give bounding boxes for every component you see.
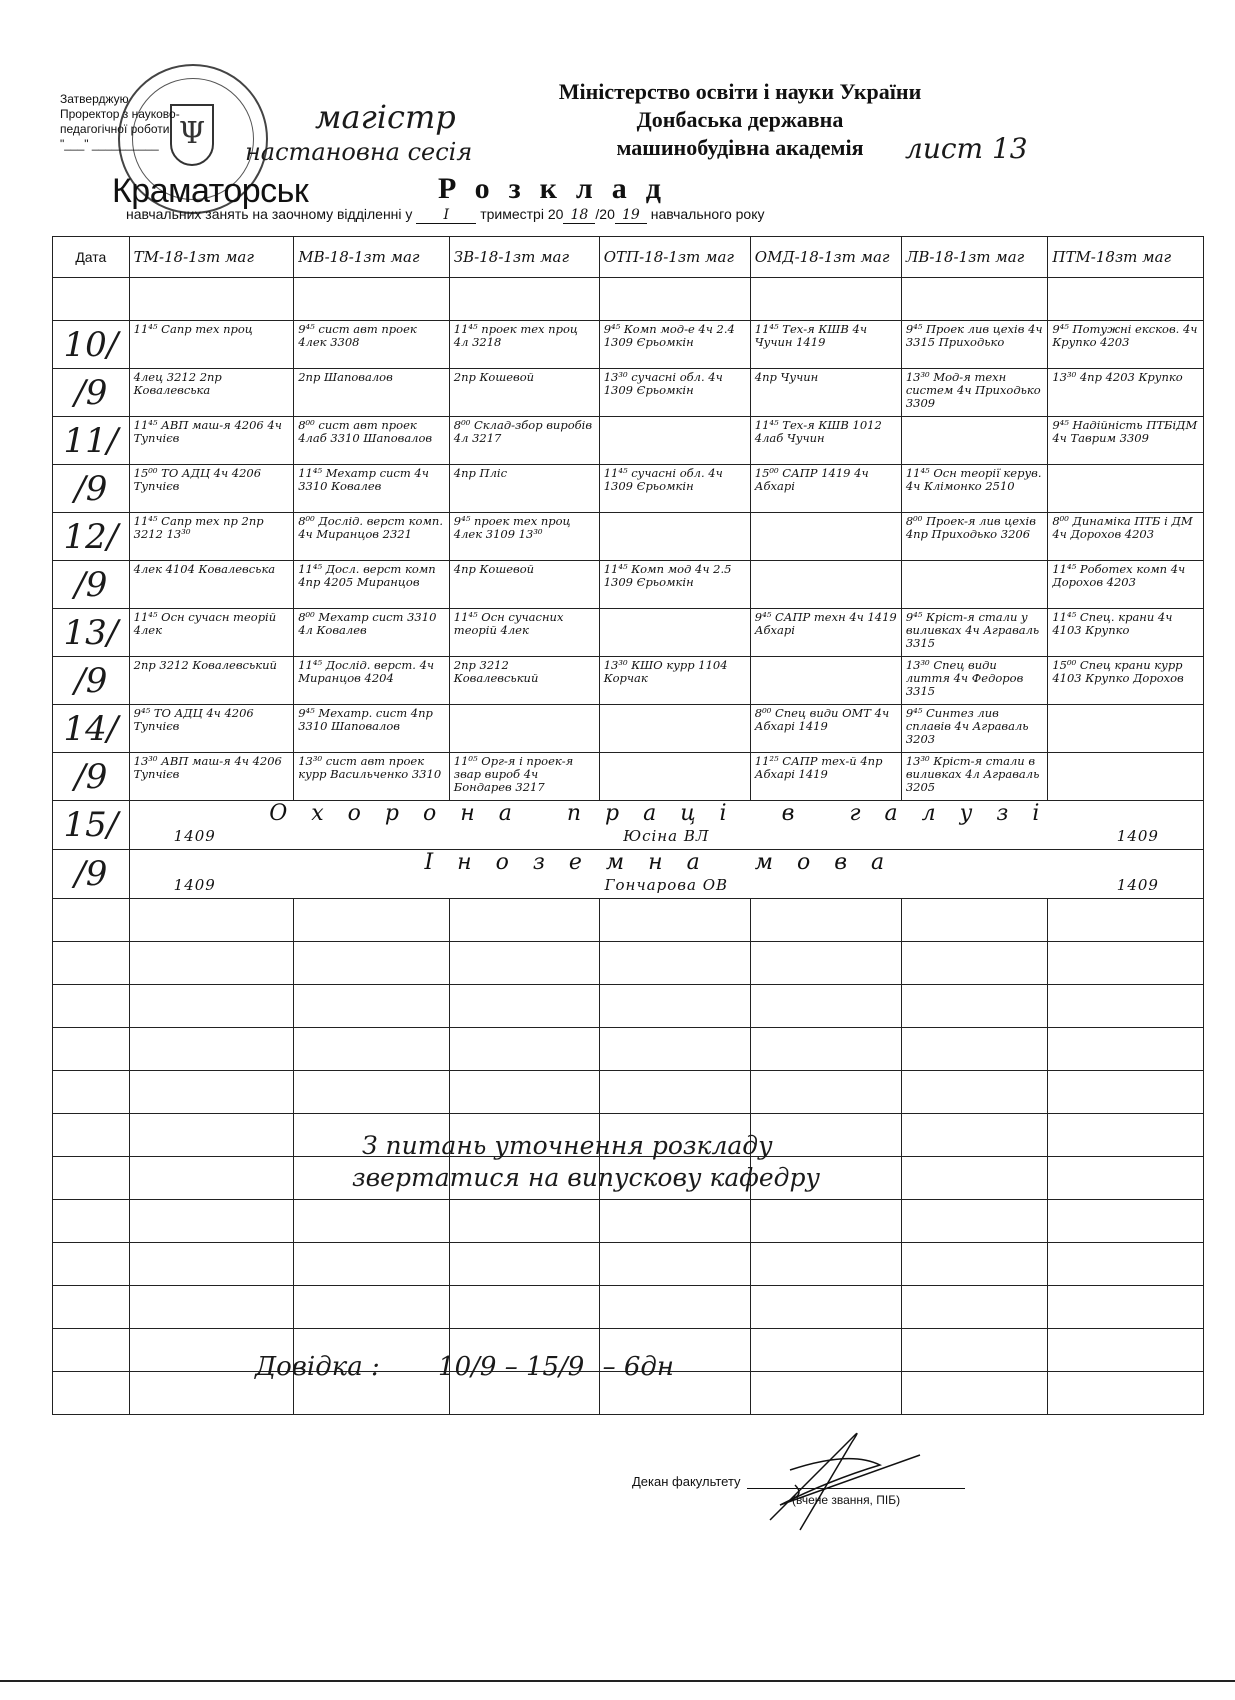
- empty-cell: [129, 985, 294, 1028]
- class-cell: 11⁴⁵ Дослід. верст. 4ч Миранцов 4204: [294, 657, 450, 705]
- class-cell: 11⁰⁵ Орг-я і проек-я звар вироб 4ч Бонда…: [449, 753, 599, 801]
- class-cell: [599, 753, 750, 801]
- date-cell: 11/: [53, 417, 130, 465]
- empty-cell: [750, 1372, 901, 1415]
- class-cell: [599, 417, 750, 465]
- class-cell: 4пр Кошевой: [449, 561, 599, 609]
- note-line: З питань уточнення розкладу: [352, 1130, 820, 1162]
- empty-cell: [294, 1028, 450, 1071]
- group-header: ЛВ-18-1зт маг: [901, 237, 1048, 278]
- table-row: [53, 1286, 1204, 1329]
- room-left: 1409: [174, 825, 216, 847]
- empty-cell: [129, 1114, 294, 1157]
- class-cell: 11⁴⁵ Комп мод 4ч 2.5 1309 Єрьомкін: [599, 561, 750, 609]
- class-cell: 11⁴⁵ Осн теорії керув. 4ч Клімонко 2510: [901, 465, 1048, 513]
- room-left: 1409: [174, 874, 216, 896]
- empty-cell: [294, 899, 450, 942]
- class-cell: 9⁴⁵ Комп мод-е 4ч 2.4 1309 Єрьомкін: [599, 321, 750, 369]
- class-cell: [750, 513, 901, 561]
- empty-cell: [901, 1329, 1048, 1372]
- empty-cell: [599, 1028, 750, 1071]
- empty-cell: [599, 278, 750, 321]
- empty-cell: [53, 1114, 130, 1157]
- empty-cell: [599, 942, 750, 985]
- empty-cell: [53, 899, 130, 942]
- table-row: 15/Охорона праці в галузі1409Юсіна ВЛ140…: [53, 801, 1204, 850]
- class-cell: 13³⁰ АВП маш-я 4ч 4206 Тупчієв: [129, 753, 294, 801]
- signature-scribble: [760, 1430, 960, 1540]
- empty-cell: [53, 278, 130, 321]
- table-row: 10/11⁴⁵ Сапр тех проц9⁴⁵ сист авт проек …: [53, 321, 1204, 369]
- empty-cell: [901, 1372, 1048, 1415]
- table-row: /94лец 3212 2пр Ковалевська2пр Шаповалов…: [53, 369, 1204, 417]
- class-cell: 8⁰⁰ Мехатр сист 3310 4л Ковалев: [294, 609, 450, 657]
- table-row: [53, 1028, 1204, 1071]
- empty-cell: [294, 1286, 450, 1329]
- empty-cell: [901, 899, 1048, 942]
- class-cell: 8⁰⁰ Дослід. верст комп. 4ч Миранцов 2321: [294, 513, 450, 561]
- schedule-table: Дата ТМ-18-1зт маг МВ-18-1зт маг ЗВ-18-1…: [52, 236, 1204, 1415]
- class-cell: 13³⁰ КШО курр 1104 Корчак: [599, 657, 750, 705]
- note-line: звертатися на випускову кафедру: [352, 1162, 820, 1194]
- class-cell: 2пр Шаповалов: [294, 369, 450, 417]
- empty-cell: [901, 1243, 1048, 1286]
- empty-cell: [901, 1071, 1048, 1114]
- ministry-line: Донбаська державна: [540, 106, 940, 134]
- class-cell: 11⁴⁵ сучасні обл. 4ч 1309 Єрьомкін: [599, 465, 750, 513]
- class-cell: 11⁴⁵ Осн сучасн теорій 4лек: [129, 609, 294, 657]
- subtitle-sep: /20: [595, 206, 614, 222]
- empty-cell: [901, 985, 1048, 1028]
- ministry-header: Міністерство освіти і науки України Донб…: [540, 78, 940, 162]
- empty-cell: [1048, 1028, 1204, 1071]
- class-cell: 13³⁰ Мод-я техн систем 4ч Приходько 3309: [901, 369, 1048, 417]
- empty-cell: [53, 1200, 130, 1243]
- empty-cell: [129, 942, 294, 985]
- class-cell: 9⁴⁵ Кріст-я стали у виливках 4ч Аграваль…: [901, 609, 1048, 657]
- empty-cell: [599, 985, 750, 1028]
- group-header: ОМД-18-1зт маг: [750, 237, 901, 278]
- class-cell: 8⁰⁰ Проек-я лив цехів 4пр Приходько 3206: [901, 513, 1048, 561]
- date-cell: 15/: [53, 801, 130, 850]
- class-cell: [1048, 753, 1204, 801]
- document-title: Розклад: [438, 172, 680, 206]
- class-cell: 11⁴⁵ проек тех проц 4л 3218: [449, 321, 599, 369]
- empty-cell: [599, 1200, 750, 1243]
- table-row: /92пр 3212 Ковалевський11⁴⁵ Дослід. верс…: [53, 657, 1204, 705]
- empty-cell: [750, 899, 901, 942]
- empty-cell: [1048, 1157, 1204, 1200]
- empty-cell: [901, 942, 1048, 985]
- empty-cell: [449, 1243, 599, 1286]
- page-bottom-rule: [0, 1680, 1235, 1682]
- ministry-line: машинобудівна академія: [540, 134, 940, 162]
- empty-cell: [901, 278, 1048, 321]
- table-row: [53, 1071, 1204, 1114]
- empty-cell: [750, 1071, 901, 1114]
- table-row: 11/11⁴⁵ АВП маш-я 4206 4ч Тупчієв8⁰⁰ сис…: [53, 417, 1204, 465]
- empty-cell: [599, 1286, 750, 1329]
- empty-cell: [1048, 1329, 1204, 1372]
- group-header: ПТМ-18зт маг: [1048, 237, 1204, 278]
- empty-cell: [294, 278, 450, 321]
- empty-cell: [53, 1286, 130, 1329]
- empty-cell: [750, 1286, 901, 1329]
- approval-line: Затверджую: [60, 92, 180, 107]
- empty-cell: [129, 1200, 294, 1243]
- class-cell: 4пр Чучин: [750, 369, 901, 417]
- empty-cell: [599, 899, 750, 942]
- empty-cell: [1048, 1071, 1204, 1114]
- class-cell: [599, 705, 750, 753]
- empty-cell: [53, 942, 130, 985]
- table-row: [53, 899, 1204, 942]
- class-cell: 9⁴⁵ Синтез лив сплавів 4ч Аграваль 3203: [901, 705, 1048, 753]
- empty-cell: [53, 1243, 130, 1286]
- class-cell: 11⁴⁵ Тех-я КШВ 4ч Чучин 1419: [750, 321, 901, 369]
- dean-label: Декан факультету: [632, 1474, 741, 1489]
- reference-note: Довідка : 10/9 – 15/9 – 6дн: [255, 1352, 674, 1382]
- empty-cell: [449, 1200, 599, 1243]
- class-cell: [901, 561, 1048, 609]
- empty-cell: [449, 1028, 599, 1071]
- class-cell: 15⁰⁰ Спец крани курр 4103 Крупко Дорохов: [1048, 657, 1204, 705]
- year-start: 18: [563, 207, 595, 224]
- contact-note: З питань уточнення розкладу звертатися н…: [352, 1130, 820, 1194]
- empty-cell: [129, 1071, 294, 1114]
- class-cell: 2пр 3212 Ковалевський: [129, 657, 294, 705]
- room-right: 1409: [1117, 874, 1159, 896]
- table-row: /9Іноземна мова1409Гончарова ОВ1409: [53, 850, 1204, 899]
- class-cell: 13³⁰ сучасні обл. 4ч 1309 Єрьомкін: [599, 369, 750, 417]
- class-cell: 9⁴⁵ проек тех проц 4лек 3109 13³⁰: [449, 513, 599, 561]
- class-cell: 13³⁰ 4пр 4203 Крупко: [1048, 369, 1204, 417]
- empty-cell: [53, 1329, 130, 1372]
- empty-cell: [1048, 1114, 1204, 1157]
- empty-cell: [294, 985, 450, 1028]
- empty-cell: [53, 1372, 130, 1415]
- empty-cell: [129, 1243, 294, 1286]
- empty-cell: [599, 1071, 750, 1114]
- date-cell: /9: [53, 657, 130, 705]
- group-header: ТМ-18-1зт маг: [129, 237, 294, 278]
- year-end: 19: [615, 207, 647, 224]
- date-cell: /9: [53, 369, 130, 417]
- empty-cell: [449, 985, 599, 1028]
- empty-cell: [129, 1286, 294, 1329]
- class-cell: 11⁴⁵ Сапр тех пр 2пр 3212 13³⁰: [129, 513, 294, 561]
- class-cell: [750, 657, 901, 705]
- table-row: [53, 1243, 1204, 1286]
- class-cell: [449, 705, 599, 753]
- table-row: 13/11⁴⁵ Осн сучасн теорій 4лек8⁰⁰ Мехатр…: [53, 609, 1204, 657]
- table-row: 14/9⁴⁵ ТО АДЦ 4ч 4206 Тупчієв9⁴⁵ Мехатр.…: [53, 705, 1204, 753]
- empty-cell: [1048, 942, 1204, 985]
- class-cell: [1048, 465, 1204, 513]
- class-cell: [1048, 705, 1204, 753]
- class-cell: [599, 609, 750, 657]
- empty-cell: [449, 899, 599, 942]
- empty-cell: [449, 1286, 599, 1329]
- table-row: 12/11⁴⁵ Сапр тех пр 2пр 3212 13³⁰8⁰⁰ Дос…: [53, 513, 1204, 561]
- empty-cell: [750, 1028, 901, 1071]
- table-row: [53, 1200, 1204, 1243]
- class-cell: 4лек 4104 Ковалевська: [129, 561, 294, 609]
- date-cell: /9: [53, 465, 130, 513]
- empty-cell: [53, 1071, 130, 1114]
- empty-cell: [901, 1200, 1048, 1243]
- date-cell: 13/: [53, 609, 130, 657]
- class-cell: 11⁴⁵ Мехатр сист 4ч 3310 Ковалев: [294, 465, 450, 513]
- teacher: Юсіна ВЛ: [623, 825, 709, 847]
- empty-cell: [901, 1028, 1048, 1071]
- class-cell: [750, 561, 901, 609]
- date-cell: /9: [53, 753, 130, 801]
- joint-class-cell: Іноземна мова1409Гончарова ОВ1409: [129, 850, 1203, 899]
- class-cell: 2пр 3212 Ковалевський: [449, 657, 599, 705]
- date-cell: /9: [53, 850, 130, 899]
- empty-cell: [750, 1200, 901, 1243]
- class-cell: 11⁴⁵ АВП маш-я 4206 4ч Тупчієв: [129, 417, 294, 465]
- class-cell: 13³⁰ Кріст-я стали в виливках 4л Агравал…: [901, 753, 1048, 801]
- empty-cell: [1048, 1286, 1204, 1329]
- class-cell: 4лец 3212 2пр Ковалевська: [129, 369, 294, 417]
- empty-cell: [1048, 1200, 1204, 1243]
- empty-cell: [53, 985, 130, 1028]
- empty-cell: [449, 942, 599, 985]
- class-cell: 13³⁰ Спец види лиття 4ч Федоров 3315: [901, 657, 1048, 705]
- approval-block: Затверджую Проректор з науково- педагогі…: [60, 92, 180, 152]
- empty-cell: [294, 1200, 450, 1243]
- class-cell: 11⁴⁵ Досл. верст комп 4пр 4205 Миранцов: [294, 561, 450, 609]
- joint-class-cell: Охорона праці в галузі1409Юсіна ВЛ1409: [129, 801, 1203, 850]
- empty-cell: [294, 942, 450, 985]
- class-cell: [901, 417, 1048, 465]
- empty-cell: [129, 278, 294, 321]
- table-row: /94лек 4104 Ковалевська11⁴⁵ Досл. верст …: [53, 561, 1204, 609]
- empty-cell: [1048, 278, 1204, 321]
- class-cell: 15⁰⁰ САПР 1419 4ч Абхарі: [750, 465, 901, 513]
- class-cell: 9⁴⁵ Потужні ексков. 4ч Крупко 4203: [1048, 321, 1204, 369]
- empty-cell: [1048, 985, 1204, 1028]
- joint-subject: Охорона праці в галузі: [134, 803, 1199, 825]
- empty-cell: [129, 1157, 294, 1200]
- class-cell: 11⁴⁵ Роботех комп 4ч Дорохов 4203: [1048, 561, 1204, 609]
- approval-line: педагогічної роботи: [60, 122, 180, 137]
- empty-cell: [750, 278, 901, 321]
- date-cell: 14/: [53, 705, 130, 753]
- date-column-header: Дата: [53, 237, 130, 278]
- class-cell: 9⁴⁵ Надійність ПТБіДМ 4ч Таврим 3309: [1048, 417, 1204, 465]
- empty-cell: [1048, 899, 1204, 942]
- empty-cell: [53, 1157, 130, 1200]
- room-right: 1409: [1117, 825, 1159, 847]
- document-subtitle: навчальних занять на заочному відділенні…: [126, 206, 764, 224]
- empty-cell: [129, 899, 294, 942]
- subtitle-suffix: навчального року: [651, 206, 765, 222]
- empty-cell: [1048, 1243, 1204, 1286]
- class-cell: 9⁴⁵ Проек лив цехів 4ч 3315 Приходько: [901, 321, 1048, 369]
- empty-cell: [449, 1071, 599, 1114]
- class-cell: 9⁴⁵ сист авт проек 4лек 3308: [294, 321, 450, 369]
- joint-details: 1409Гончарова ОВ1409: [134, 874, 1199, 896]
- class-cell: 11⁴⁵ Спец. крани 4ч 4103 Крупко: [1048, 609, 1204, 657]
- empty-cell: [901, 1286, 1048, 1329]
- sheet-number: лист 13: [905, 132, 1028, 165]
- table-row: [53, 985, 1204, 1028]
- empty-cell: [750, 985, 901, 1028]
- empty-cell: [1048, 1372, 1204, 1415]
- joint-subject: Іноземна мова: [134, 852, 1199, 874]
- class-cell: [599, 513, 750, 561]
- class-cell: 2пр Кошевой: [449, 369, 599, 417]
- class-cell: 11²⁵ САПР тех-й 4пр Абхарі 1419: [750, 753, 901, 801]
- date-cell: /9: [53, 561, 130, 609]
- class-cell: 11⁴⁵ Тех-я КШВ 1012 4лаб Чучин: [750, 417, 901, 465]
- empty-cell: [750, 1329, 901, 1372]
- table-row: [53, 942, 1204, 985]
- class-cell: 15⁰⁰ ТО АДЦ 4ч 4206 Тупчієв: [129, 465, 294, 513]
- reference-label: Довідка :: [255, 1352, 380, 1382]
- empty-cell: [129, 1028, 294, 1071]
- empty-cell: [599, 1243, 750, 1286]
- empty-cell: [901, 1114, 1048, 1157]
- class-cell: 9⁴⁵ САПР техн 4ч 1419 Абхарі: [750, 609, 901, 657]
- class-cell: 9⁴⁵ Мехатр. сист 4пр 3310 Шаповалов: [294, 705, 450, 753]
- class-cell: 9⁴⁵ ТО АДЦ 4ч 4206 Тупчієв: [129, 705, 294, 753]
- empty-cell: [750, 1243, 901, 1286]
- empty-cell: [449, 278, 599, 321]
- trimester-value: I: [416, 207, 476, 224]
- empty-cell: [901, 1157, 1048, 1200]
- reference-range: 10/9 – 15/9: [438, 1352, 584, 1382]
- empty-cell: [294, 1071, 450, 1114]
- ministry-line: Міністерство освіти і науки України: [540, 78, 940, 106]
- group-header: ЗВ-18-1зт маг: [449, 237, 599, 278]
- teacher: Гончарова ОВ: [605, 874, 729, 896]
- empty-cell: [53, 1028, 130, 1071]
- table-row: /913³⁰ АВП маш-я 4ч 4206 Тупчієв13³⁰ сис…: [53, 753, 1204, 801]
- table-row: [53, 278, 1204, 321]
- group-header: МВ-18-1зт маг: [294, 237, 450, 278]
- approval-line: Проректор з науково-: [60, 107, 180, 122]
- date-cell: 12/: [53, 513, 130, 561]
- session-handwritten: настановна сесія: [245, 138, 472, 166]
- class-cell: 8⁰⁰ сист авт проек 4лаб 3310 Шаповалов: [294, 417, 450, 465]
- approval-line: "___" __________: [60, 137, 180, 152]
- empty-cell: [750, 942, 901, 985]
- reference-days: – 6дн: [603, 1352, 674, 1382]
- joint-details: 1409Юсіна ВЛ1409: [134, 825, 1199, 847]
- class-cell: 8⁰⁰ Склад-збор виробів 4л 3217: [449, 417, 599, 465]
- class-cell: 8⁰⁰ Динаміка ПТБ і ДМ 4ч Дорохов 4203: [1048, 513, 1204, 561]
- subtitle-middle: триместрі 20: [480, 206, 563, 222]
- table-row: /915⁰⁰ ТО АДЦ 4ч 4206 Тупчієв11⁴⁵ Мехатр…: [53, 465, 1204, 513]
- subtitle-prefix: навчальних занять на заочному відділенні…: [126, 206, 412, 222]
- header-row: Дата ТМ-18-1зт маг МВ-18-1зт маг ЗВ-18-1…: [53, 237, 1204, 278]
- class-cell: 11⁴⁵ Сапр тех проц: [129, 321, 294, 369]
- empty-cell: [294, 1243, 450, 1286]
- class-cell: 4пр Пліс: [449, 465, 599, 513]
- group-header: ОТП-18-1зт маг: [599, 237, 750, 278]
- class-cell: 13³⁰ сист авт проек курр Васильченко 331…: [294, 753, 450, 801]
- class-cell: 11⁴⁵ Осн сучасних теорій 4лек: [449, 609, 599, 657]
- class-cell: 8⁰⁰ Спец види ОМТ 4ч Абхарі 1419: [750, 705, 901, 753]
- degree-handwritten: магістр: [315, 98, 456, 136]
- date-cell: 10/: [53, 321, 130, 369]
